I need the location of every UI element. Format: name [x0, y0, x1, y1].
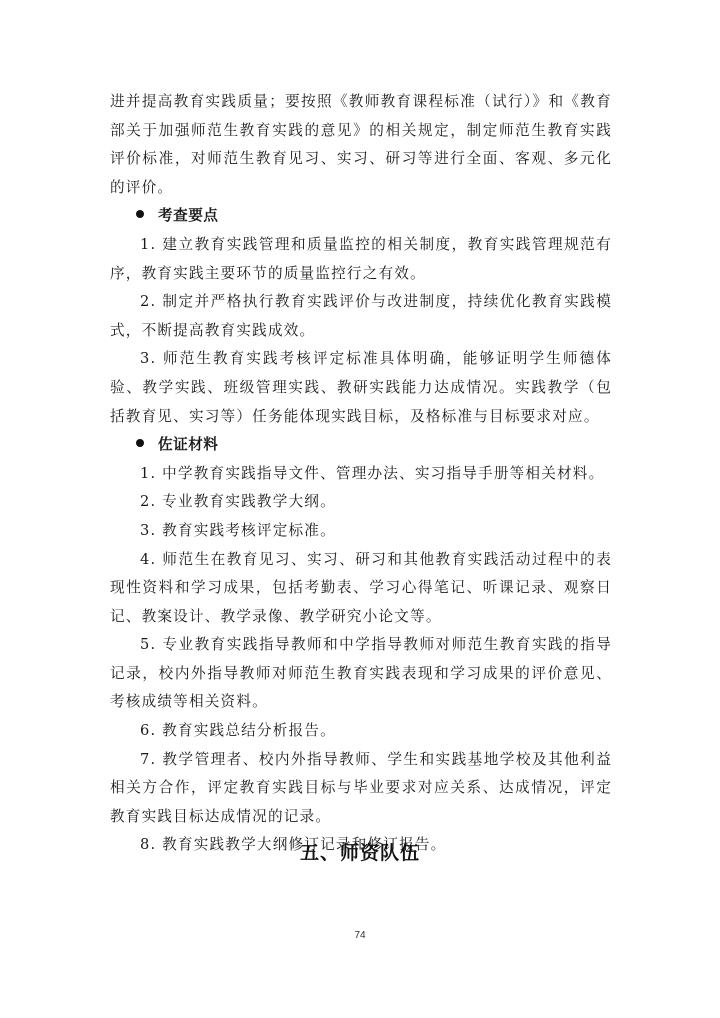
key-point-item: 1. 建立教育实践管理和质量监控的相关制度，教育实践管理规范有序，教育实践主要环…: [110, 231, 612, 288]
evidence-heading: 佐证材料: [110, 431, 612, 460]
key-point-item: 2. 制定并严格执行教育实践评价与改进制度，持续优化教育实践模式，不断提高教育实…: [110, 288, 612, 345]
key-points-heading: 考查要点: [110, 202, 612, 231]
intro-paragraph: 进并提高教育实践质量；要按照《教师教育课程标准（试行）》和《教育部关于加强师范生…: [110, 88, 612, 202]
evidence-item: 4. 师范生在教育见习、实习、研习和其他教育实践活动过程中的表现性资料和学习成果…: [110, 546, 612, 632]
evidence-item: 5. 专业教育实践指导教师和中学指导教师对师范生教育实践的指导记录，校内外指导教…: [110, 631, 612, 717]
document-body: 进并提高教育实践质量；要按照《教师教育课程标准（试行）》和《教育部关于加强师范生…: [110, 88, 612, 860]
section-title: 五、师资队伍: [0, 838, 720, 865]
evidence-item: 6. 教育实践总结分析报告。: [110, 717, 612, 746]
evidence-item: 7. 教学管理者、校内外指导教师、学生和实践基地学校及其他利益相关方合作，评定教…: [110, 746, 612, 832]
key-point-item: 3. 师范生教育实践考核评定标准具体明确，能够证明学生师德体验、教学实践、班级管…: [110, 345, 612, 431]
evidence-item: 2. 专业教育实践教学大纲。: [110, 488, 612, 517]
page-number: 74: [0, 930, 720, 941]
evidence-item: 3. 教育实践考核评定标准。: [110, 517, 612, 546]
evidence-item: 1. 中学教育实践指导文件、管理办法、实习指导手册等相关材料。: [110, 460, 612, 489]
bullet-icon: [136, 439, 144, 447]
bullet-icon: [136, 210, 144, 218]
evidence-heading-text: 佐证材料: [158, 436, 218, 453]
key-points-heading-text: 考查要点: [158, 207, 218, 224]
